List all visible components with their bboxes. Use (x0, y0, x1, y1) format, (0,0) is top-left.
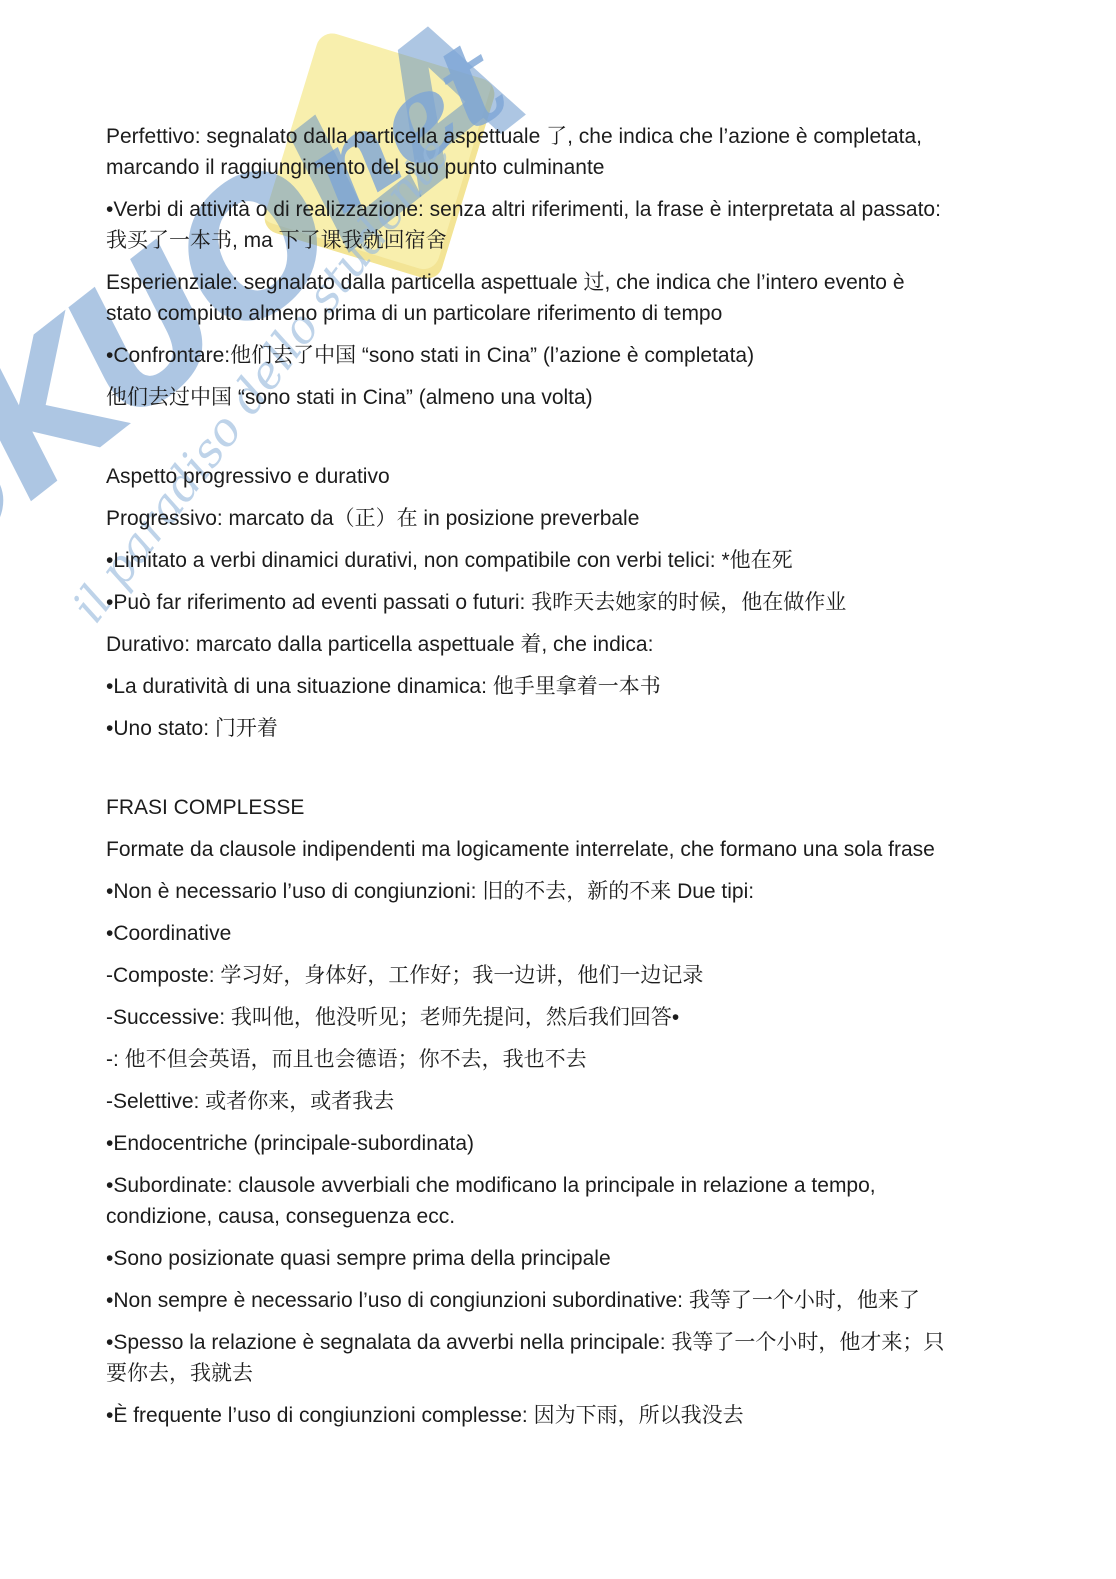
paragraph: -Successive: 我叫他，他没听见；老师先提问，然后我们回答• (106, 1002, 1044, 1033)
paragraph: -: 他不但会英语，而且也会德语；你不去，我也不去 (106, 1044, 1044, 1075)
notes-content: Perfettivo: segnalato dalla particella a… (106, 121, 1046, 1431)
paragraph: •Coordinative (106, 918, 1044, 949)
paragraph: •Spesso la relazione è segnalata da avve… (106, 1327, 1044, 1389)
paragraph: 他们去过中国 “sono stati in Cina” (almeno una … (106, 382, 1044, 413)
paragraph: •Non sempre è necessario l’uso di congiu… (106, 1285, 1044, 1316)
paragraph: •Non è necessario l’uso di congiunzioni:… (106, 876, 1044, 907)
paragraph: Perfettivo: segnalato dalla particella a… (106, 121, 1044, 183)
paragraph: Progressivo: marcato da（正）在 in posizione… (106, 503, 1044, 534)
paragraph: •Subordinate: clausole avverbiali che mo… (106, 1170, 1044, 1232)
paragraph: •Sono posizionate quasi sempre prima del… (106, 1243, 1044, 1274)
paragraph: •Confrontare:他们去了中国 “sono stati in Cina”… (106, 340, 1044, 371)
paragraph: Esperienziale: segnalato dalla particell… (106, 267, 1044, 329)
paragraph: -Composte: 学习好，身体好，工作好；我一边讲，他们一边记录 (106, 960, 1044, 991)
paragraph: Durativo: marcato dalla particella aspet… (106, 629, 1044, 660)
paragraph: •La duratività di una situazione dinamic… (106, 671, 1044, 702)
paragraph: •È frequente l’uso di congiunzioni compl… (106, 1400, 1044, 1431)
paragraph: •Endocentriche (principale-subordinata) (106, 1128, 1044, 1159)
paragraph: Formate da clausole indipendenti ma logi… (106, 834, 1044, 865)
paragraph: Aspetto progressivo e durativo (106, 461, 1044, 492)
paragraph: -Selettive: 或者你来，或者我去 (106, 1086, 1044, 1117)
paragraph: •Verbi di attività o di realizzazione: s… (106, 194, 1044, 256)
document-page: Perfettivo: segnalato dalla particella a… (0, 0, 1116, 1431)
paragraph: •Limitato a verbi dinamici durativi, non… (106, 545, 1044, 576)
paragraph: •Può far riferimento ad eventi passati o… (106, 587, 1044, 618)
paragraph: •Uno stato: 门开着 (106, 713, 1044, 744)
paragraph: FRASI COMPLESSE (106, 792, 1044, 823)
